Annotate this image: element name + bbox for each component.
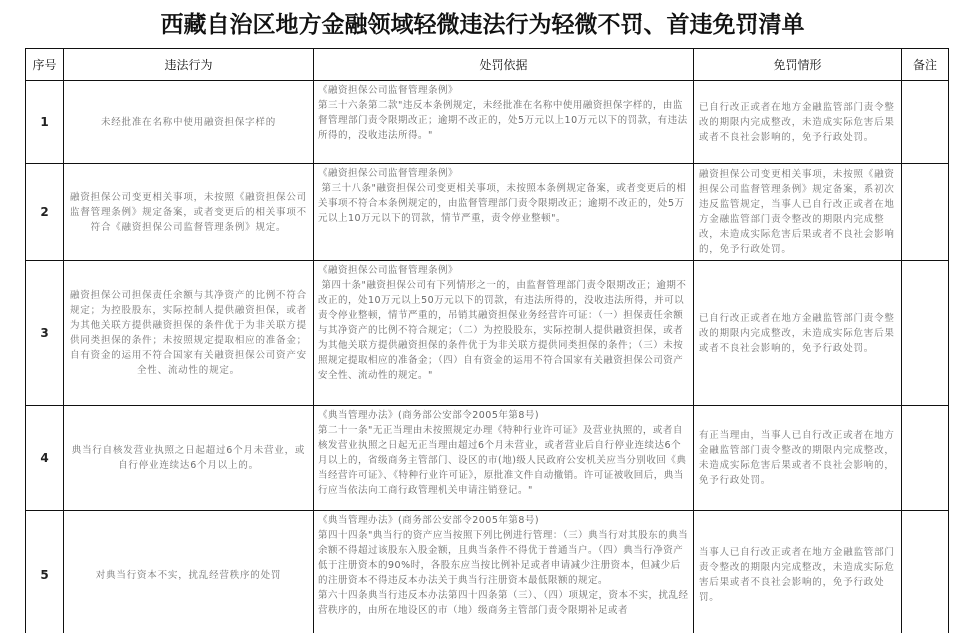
law-name: 《融资担保公司监督管理条例》 [318, 83, 689, 98]
header-act: 违法行为 [64, 49, 314, 81]
penalty-basis: 《融资担保公司监督管理条例》 第四十条"融资担保公司有下列情形之一的，由监督管理… [314, 261, 694, 406]
header-no: 序号 [26, 49, 64, 81]
penalty-exemption-table: 序号 违法行为 处罚依据 免罚情形 备注 1 未经批准在名称中使用融资担保字样的… [25, 48, 949, 633]
law-text: 第四十四条"典当行的资产应当按照下列比例进行管理：（三）典当行对其股东的典当余额… [318, 528, 689, 618]
table-row: 1 未经批准在名称中使用融资担保字样的 《融资担保公司监督管理条例》 第三十六条… [26, 81, 949, 164]
remark [902, 511, 949, 633]
row-number: 2 [26, 164, 64, 261]
exemption-condition: 融资担保公司变更相关事项，未按照《融资担保公司监督管理条例》规定备案，系初次违反… [694, 164, 902, 261]
remark [902, 406, 949, 511]
penalty-basis: 《融资担保公司监督管理条例》 第三十六条第二款"违反本条例规定，未经批准在名称中… [314, 81, 694, 164]
violation-act: 典当行自核发营业执照之日起超过6个月未营业，或自行停业连续达6个月以上的。 [64, 406, 314, 511]
row-number: 5 [26, 511, 64, 633]
law-text: 第三十六条第二款"违反本条例规定，未经批准在名称中使用融资担保字样的，由监督管理… [318, 98, 689, 143]
exemption-condition: 已自行改正或者在地方金融监管部门责令整改的期限内完成整改，未造成实际危害后果或者… [694, 81, 902, 164]
document-title: 西藏自治区地方金融领域轻微违法行为轻微不罚、首违免罚清单 [0, 8, 965, 42]
table-row: 4 典当行自核发营业执照之日起超过6个月未营业，或自行停业连续达6个月以上的。 … [26, 406, 949, 511]
document-page: 西藏自治区地方金融领域轻微违法行为轻微不罚、首违免罚清单 序号 违法行为 处罚依… [0, 0, 965, 633]
row-number: 3 [26, 261, 64, 406]
header-basis: 处罚依据 [314, 49, 694, 81]
law-text: 第四十条"融资担保公司有下列情形之一的，由监督管理部门责令限期改正；逾期不改正的… [318, 278, 689, 383]
row-number: 1 [26, 81, 64, 164]
law-name: 《典当管理办法》(商务部公安部令2005年第8号) [318, 513, 689, 528]
table-row: 5 对典当行资本不实，扰乱经营秩序的处罚 《典当管理办法》(商务部公安部令200… [26, 511, 949, 633]
exemption-condition: 当事人已自行改正或者在地方金融监管部门责令整改的期限内完成整改，未造成实际危害后… [694, 511, 902, 633]
penalty-basis: 《融资担保公司监督管理条例》 第三十八条"融资担保公司变更相关事项，未按照本条例… [314, 164, 694, 261]
table-header-row: 序号 违法行为 处罚依据 免罚情形 备注 [26, 49, 949, 81]
table-row: 2 融资担保公司变更相关事项，未按照《融资担保公司监督管理条例》规定备案，或者变… [26, 164, 949, 261]
law-text: 第三十八条"融资担保公司变更相关事项，未按照本条例规定备案，或者变更后的相关事项… [318, 181, 689, 226]
law-name: 《融资担保公司监督管理条例》 [318, 166, 689, 181]
remark [902, 261, 949, 406]
penalty-basis: 《典当管理办法》(商务部公安部令2005年第8号) 第二十一条"无正当理由未按照… [314, 406, 694, 511]
law-text: 第二十一条"无正当理由未按照规定办理《特种行业许可证》及营业执照的，或者自核发营… [318, 423, 689, 498]
header-exempt: 免罚情形 [694, 49, 902, 81]
remark [902, 81, 949, 164]
law-name: 《典当管理办法》(商务部公安部令2005年第8号) [318, 408, 689, 423]
row-number: 4 [26, 406, 64, 511]
remark [902, 164, 949, 261]
header-note: 备注 [902, 49, 949, 81]
exemption-condition: 有正当理由，当事人已自行改正或者在地方金融监管部门责令整改的期限内完成整改，未造… [694, 406, 902, 511]
penalty-basis: 《典当管理办法》(商务部公安部令2005年第8号) 第四十四条"典当行的资产应当… [314, 511, 694, 633]
violation-act: 对典当行资本不实，扰乱经营秩序的处罚 [64, 511, 314, 633]
table-row: 3 融资担保公司担保责任余额与其净资产的比例不符合规定；为控股股东，实际控制人提… [26, 261, 949, 406]
violation-act: 未经批准在名称中使用融资担保字样的 [64, 81, 314, 164]
exemption-condition: 已自行改正或者在地方金融监管部门责令整改的期限内完成整改，未造成实际危害后果或者… [694, 261, 902, 406]
violation-act: 融资担保公司担保责任余额与其净资产的比例不符合规定；为控股股东，实际控制人提供融… [64, 261, 314, 406]
law-name: 《融资担保公司监督管理条例》 [318, 263, 689, 278]
violation-act: 融资担保公司变更相关事项，未按照《融资担保公司监督管理条例》规定备案，或者变更后… [64, 164, 314, 261]
